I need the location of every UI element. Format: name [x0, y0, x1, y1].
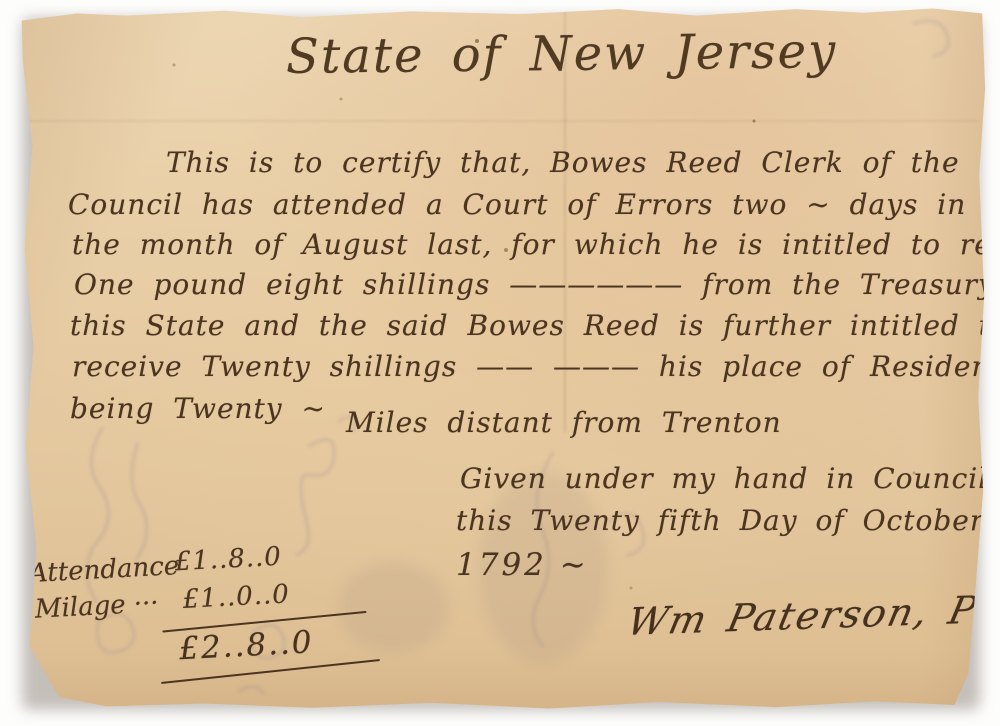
account-total: £2..8..0 [178, 624, 314, 667]
account-row-amount: £1..0..0 [182, 579, 291, 615]
closing-line-2: this Twenty fifth Day of October [456, 504, 984, 537]
date-year: 1792 ∼ [456, 547, 589, 583]
body-line-7: being Twenty ∼ [70, 392, 326, 425]
body-line-5: this State and the said Bowes Reed is fu… [70, 309, 1000, 342]
closing-line-1: Given under my hand in Council [460, 462, 988, 495]
account-row-label: Attendance [28, 551, 180, 589]
body-line-1: This is to certify that, Bowes Reed Cler… [166, 146, 960, 179]
document-title: State of New Jersey [286, 23, 838, 85]
account-row-amount: £1..8..0 [174, 542, 283, 578]
signature: Wm Paterson, Presd. [623, 584, 1000, 644]
account-block: Attendance £1..8..0 Milage ··· £1..0..0 … [28, 541, 375, 709]
scanned-document-canvas: State of New Jersey This is to certify t… [0, 0, 1000, 726]
body-line-6: receive Twenty shillings —— ——— his plac… [72, 350, 1000, 383]
account-row-label: Milage ··· [34, 588, 159, 624]
body-line-2: Council has attended a Court of Errors t… [68, 188, 966, 221]
document-paper: State of New Jersey This is to certify t… [8, 2, 992, 720]
mileage-line: Miles distant from Trenton [346, 406, 782, 439]
fold-crease-horizontal [28, 120, 978, 122]
body-line-3: the month of August last, for which he i… [72, 228, 1000, 261]
body-line-4: One pound eight shillings —————— from th… [74, 268, 1000, 301]
paper-speckles [8, 2, 10, 4]
